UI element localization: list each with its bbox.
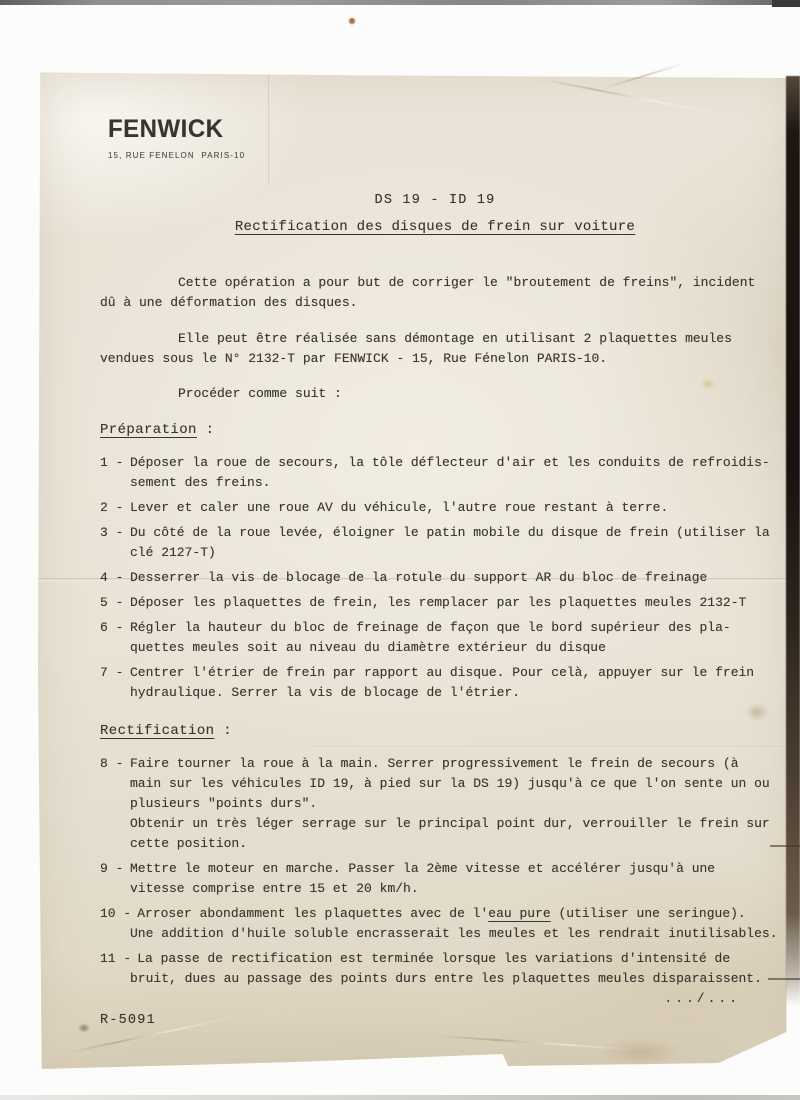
step-text: Du côté de la roue levée, éloigner le pa… (130, 525, 770, 560)
intro-paragraph: Elle peut être réalisée sans démontage e… (100, 329, 770, 369)
step-text: Lever et caler une roue AV du véhicule, … (130, 500, 668, 515)
step-text: Mettre le moteur en marche. Passer la 2è… (130, 861, 715, 896)
step-item: 1 -Déposer la roue de secours, la tôle d… (100, 453, 770, 493)
letterhead: FENWICK 15, RUE FENELON PARIS-10 (108, 116, 770, 166)
step-item: 3 -Du côté de la roue levée, éloigner le… (100, 523, 770, 563)
step-number: 11 - (100, 949, 131, 969)
heading-text: Préparation (100, 422, 197, 438)
step-text: Arroser abondamment les plaquettes avec … (130, 906, 778, 941)
step-item: 7 -Centrer l'étrier de frein par rapport… (100, 663, 770, 703)
section-heading-rectification: Rectification : (100, 721, 770, 741)
scanner-bottom-edge (0, 1095, 800, 1100)
step-item: 9 -Mettre le moteur en marche. Passer la… (100, 859, 770, 899)
step-number: 5 - (100, 593, 124, 613)
heading-colon: : (197, 422, 215, 438)
step-text: Déposer la roue de secours, la tôle défl… (130, 455, 770, 490)
subtitle-underlined-text: Rectification des disques de frein sur v… (235, 219, 635, 235)
step-text: Centrer l'étrier de frein par rapport au… (130, 665, 754, 700)
step-item: 4 -Desserrer la vis de blocage de la rot… (100, 568, 770, 588)
document-title: DS 19 - ID 19 (100, 191, 770, 211)
step-item: 11 -La passe de rectification est termin… (100, 949, 770, 989)
step-number: 6 - (100, 618, 124, 638)
intro-paragraph: Cette opération a pour but de corriger l… (100, 273, 770, 313)
continuation-mark: .../... (100, 989, 770, 1009)
step-number: 3 - (100, 523, 124, 543)
heading-text: Rectification (100, 723, 214, 739)
scan-page: FENWICK 15, RUE FENELON PARIS-10 DS 19 -… (0, 0, 800, 1100)
heading-colon: : (214, 723, 232, 739)
step-number: 7 - (100, 663, 124, 683)
step-text: Faire tourner la roue à la main. Serrer … (130, 756, 770, 851)
step-text: Desserrer la vis de blocage de la rotule… (130, 570, 707, 585)
document-content: FENWICK 15, RUE FENELON PARIS-10 DS 19 -… (38, 70, 790, 1070)
scanner-top-corner-shadow (772, 0, 800, 7)
step-number: 4 - (100, 568, 124, 588)
document-subtitle: Rectification des disques de frein sur v… (100, 217, 770, 237)
reference-number: R-5091 (100, 1011, 770, 1031)
scanner-top-edge (0, 0, 800, 5)
step-item: 8 -Faire tourner la roue à la main. Serr… (100, 754, 770, 854)
proceed-line: Procéder comme suit : (100, 384, 770, 404)
step-item: 5 -Déposer les plaquettes de frein, les … (100, 593, 770, 613)
step-text: Déposer les plaquettes de frein, les rem… (130, 595, 746, 610)
section-heading-preparation: Préparation : (100, 420, 770, 440)
step-text: La passe de rectification est terminée l… (130, 951, 762, 986)
step-item: 2 -Lever et caler une roue AV du véhicul… (100, 498, 770, 518)
step-number: 8 - (100, 754, 124, 774)
step-item: 6 -Régler la hauteur du bloc de freinage… (100, 618, 770, 658)
step-text: Régler la hauteur du bloc de freinage de… (130, 620, 731, 655)
step-number: 2 - (100, 498, 124, 518)
company-address: 15, RUE FENELON PARIS-10 (108, 146, 770, 166)
step-text-part: Arroser abondamment les plaquettes avec … (137, 906, 488, 921)
step-item: 10 -Arroser abondamment les plaquettes a… (100, 904, 770, 944)
step-text-underlined: eau pure (488, 906, 550, 921)
step-number: 9 - (100, 859, 124, 879)
step-number: 1 - (100, 453, 124, 473)
company-logo: FENWICK (108, 116, 770, 143)
step-number: 10 - (100, 904, 131, 924)
